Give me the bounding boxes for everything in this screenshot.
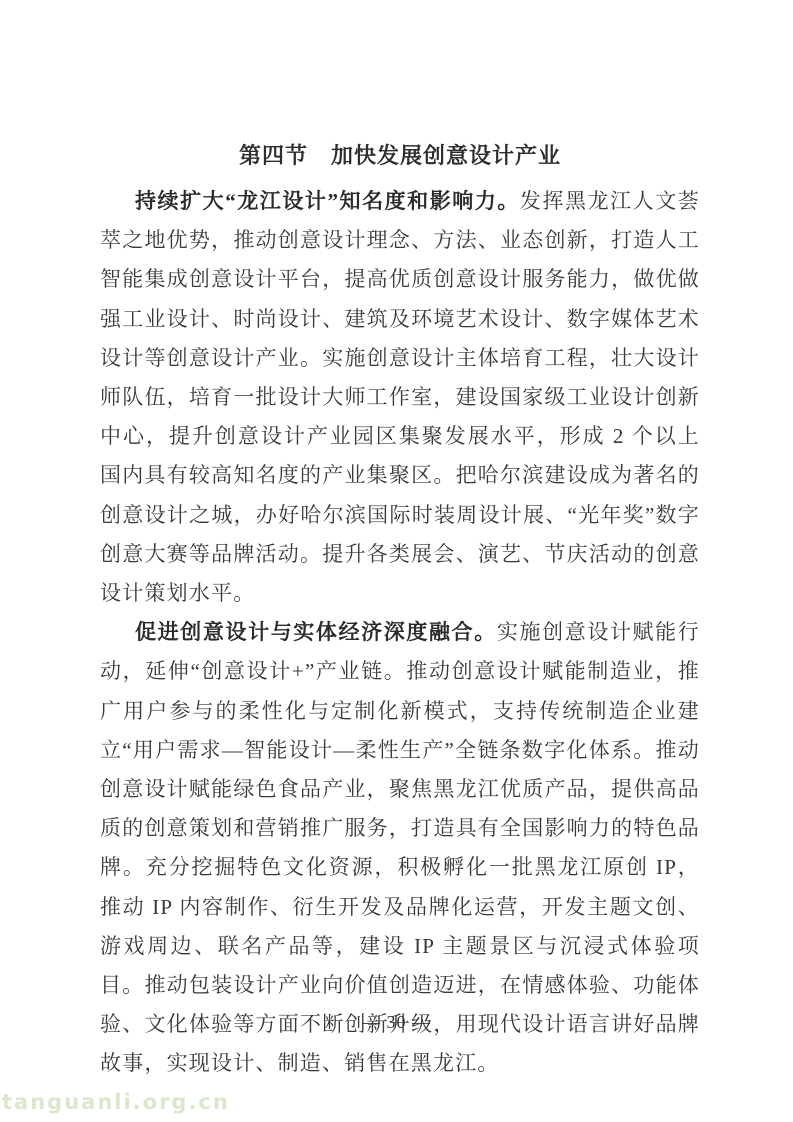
page-body: 第四节 加快发展创意设计产业 持续扩大“龙江设计”知名度和影响力。发挥黑龙江人文… bbox=[100, 140, 700, 1084]
watermark: tanguanli.org.cn bbox=[2, 1090, 230, 1114]
paragraph-2-body: 实施创意设计赋能行动，延伸“创意设计+”产业链。推动创意设计赋能制造业，推广用户… bbox=[100, 620, 700, 1075]
paragraph-2-lead: 促进创意设计与实体经济深度融合。 bbox=[135, 620, 497, 644]
paragraph-1: 持续扩大“龙江设计”知名度和影响力。发挥黑龙江人文荟萃之地优势，推动创意设计理念… bbox=[100, 182, 700, 613]
paragraph-1-lead: 持续扩大“龙江设计”知名度和影响力。 bbox=[135, 189, 520, 213]
section-heading: 第四节 加快发展创意设计产业 bbox=[100, 140, 700, 172]
paragraph-1-body: 发挥黑龙江人文荟萃之地优势，推动创意设计理念、方法、业态创新，打造人工智能集成创… bbox=[100, 189, 700, 605]
document-page: 第四节 加快发展创意设计产业 持续扩大“龙江设计”知名度和影响力。发挥黑龙江人文… bbox=[0, 0, 793, 1122]
page-number: — 30 — bbox=[0, 1012, 793, 1033]
